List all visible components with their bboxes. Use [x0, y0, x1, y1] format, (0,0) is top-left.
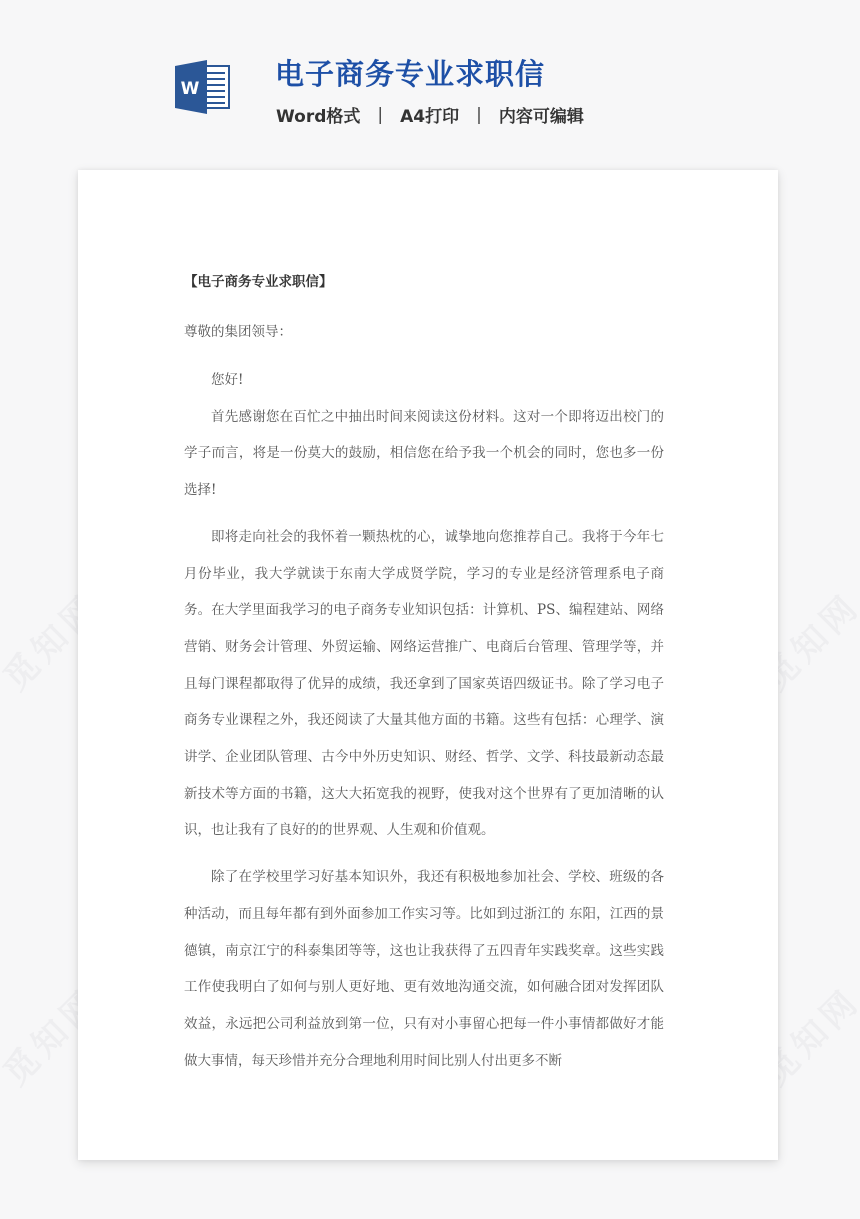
separator: | [476, 105, 482, 125]
tag-format: Word格式 [276, 102, 360, 127]
separator: | [377, 105, 383, 125]
tag-print: A4打印 [400, 102, 459, 127]
word-document-icon: W [175, 60, 231, 114]
paragraph: 即将走向社会的我怀着一颗热枕的心，诚挚地向您推荐自己。我将于今年七月份毕业，我大… [184, 519, 664, 849]
document-heading: 【电子商务专业求职信】 [184, 270, 664, 294]
paragraph: 首先感谢您在百忙之中抽出时间来阅读这份材料。这对一个即将迈出校门的学子而言，将是… [184, 399, 664, 509]
greeting: 您好! [184, 362, 664, 399]
page-title: 电子商务专业求职信 [275, 52, 545, 93]
salutation: 尊敬的集团领导： [184, 320, 664, 344]
tag-editable: 内容可编辑 [499, 102, 584, 127]
svg-text:W: W [181, 79, 200, 99]
feature-tags: Word格式 | A4打印 | 内容可编辑 [276, 102, 584, 127]
document-body: 【电子商务专业求职信】 尊敬的集团领导： 您好! 首先感谢您在百忙之中抽出时间来… [184, 270, 664, 1089]
page-header: W 电子商务专业求职信 Word格式 | A4打印 | 内容可编辑 [0, 0, 860, 160]
paragraph: 除了在学校里学习好基本知识外，我还有积极地参加社会、学校、班级的各种活动，而且每… [184, 859, 664, 1079]
document-page: 【电子商务专业求职信】 尊敬的集团领导： 您好! 首先感谢您在百忙之中抽出时间来… [78, 170, 778, 1160]
